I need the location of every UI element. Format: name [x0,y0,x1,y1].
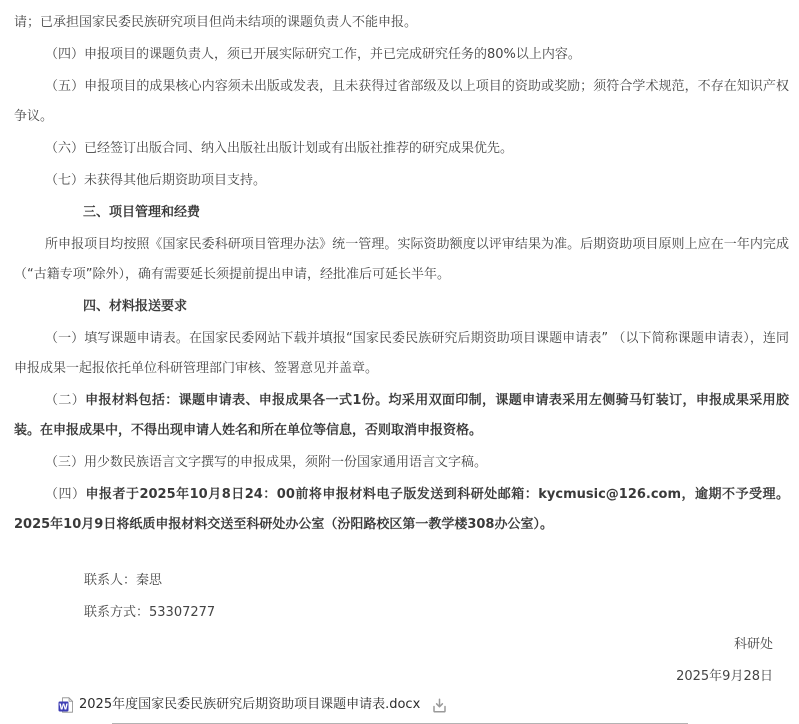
text-run: （四）申报项目的课题负责人，须已开展实际研究工作，并已完成研究任务的80%以上内… [45,47,581,62]
paragraph: 2025年9月28日 [14,662,789,692]
text-run: 科研处 [734,637,773,652]
attachment-link[interactable]: 2025年度国家民委民族研究后期资助项目课题申请表.docx [79,690,420,720]
text-run: 申报者于2025年10月8日24：00前将申报材料电子版发送到科研处邮箱： [85,487,538,502]
paragraph: （四）申报者于2025年10月8日24：00前将申报材料电子版发送到科研处邮箱：… [14,480,789,540]
section-heading: 四、材料报送要求 [14,292,789,322]
paragraph: （六）已经签订出版合同、纳入出版社出版计划或有出版社推荐的研究成果优先。 [14,134,789,164]
paragraph: 请；已承担国家民委民族研究项目但尚未结项的课题负责人不能申报。 [14,8,789,38]
text-run: 三、项目管理和经费 [83,205,200,220]
text-run: 所申报项目均按照《国家民委科研项目管理办法》统一管理。实际资助额度以评审结果为准… [14,237,789,282]
text-run: （五）申报项目的成果核心内容须未出版或发表，且未获得过省部级及以上项目的资助或奖… [14,79,789,124]
paragraph: 联系人：秦思 [14,566,789,596]
word-file-icon: W [58,697,74,713]
paragraph: （一）填写课题申请表。在国家民委网站下载并填报“国家民委民族研究后期资助项目课题… [14,324,789,384]
text-run: （七）未获得其他后期资助项目支持。 [45,173,266,188]
text-run: （四） [45,487,85,502]
notice-document: 请；已承担国家民委民族研究项目但尚未结项的课题负责人不能申报。（四）申报项目的课… [0,0,799,724]
section-heading: 三、项目管理和经费 [14,198,789,228]
text-run: 申报材料包括：课题申请表、申报成果各一式1份。均采用双面印制，课题申请表采用左侧… [14,393,789,438]
paragraph: （七）未获得其他后期资助项目支持。 [14,166,789,196]
paragraph: （二）申报材料包括：课题申请表、申报成果各一式1份。均采用双面印制，课题申请表采… [14,386,789,446]
text-run: （六）已经签订出版合同、纳入出版社出版计划或有出版社推荐的研究成果优先。 [45,141,513,156]
paragraph: （三）用少数民族语言文字撰写的申报成果，须附一份国家通用语言文字稿。 [14,448,789,478]
text-run: （三）用少数民族语言文字撰写的申报成果，须附一份国家通用语言文字稿。 [45,455,487,470]
svg-text:W: W [59,702,68,711]
paragraph: （四）申报项目的课题负责人，须已开展实际研究工作，并已完成研究任务的80%以上内… [14,40,789,70]
text-run: （二） [45,393,85,408]
paragraph: 联系方式：53307277 [14,598,789,628]
attachment-row: W 2025年度国家民委民族研究后期资助项目课题申请表.docx [58,694,789,716]
spacer [14,542,789,564]
paragraph-list: 请；已承担国家民委民族研究项目但尚未结项的课题负责人不能申报。（四）申报项目的课… [14,8,789,692]
paragraph: 所申报项目均按照《国家民委科研项目管理办法》统一管理。实际资助额度以评审结果为准… [14,230,789,290]
paragraph: （五）申报项目的成果核心内容须未出版或发表，且未获得过省部级及以上项目的资助或奖… [14,72,789,132]
text-run: 2025年9月28日 [676,669,773,684]
paragraph: 科研处 [14,630,789,660]
email-address: kycmusic@126.com [538,487,681,502]
text-run: 请；已承担国家民委民族研究项目但尚未结项的课题负责人不能申报。 [14,15,417,30]
text-run: 联系方式：53307277 [84,605,215,620]
text-run: 四、材料报送要求 [83,299,187,314]
text-run: （一）填写课题申请表。在国家民委网站下载并填报“国家民委民族研究后期资助项目课题… [14,331,789,376]
download-icon[interactable] [431,697,448,714]
text-run: 联系人：秦思 [84,573,162,588]
